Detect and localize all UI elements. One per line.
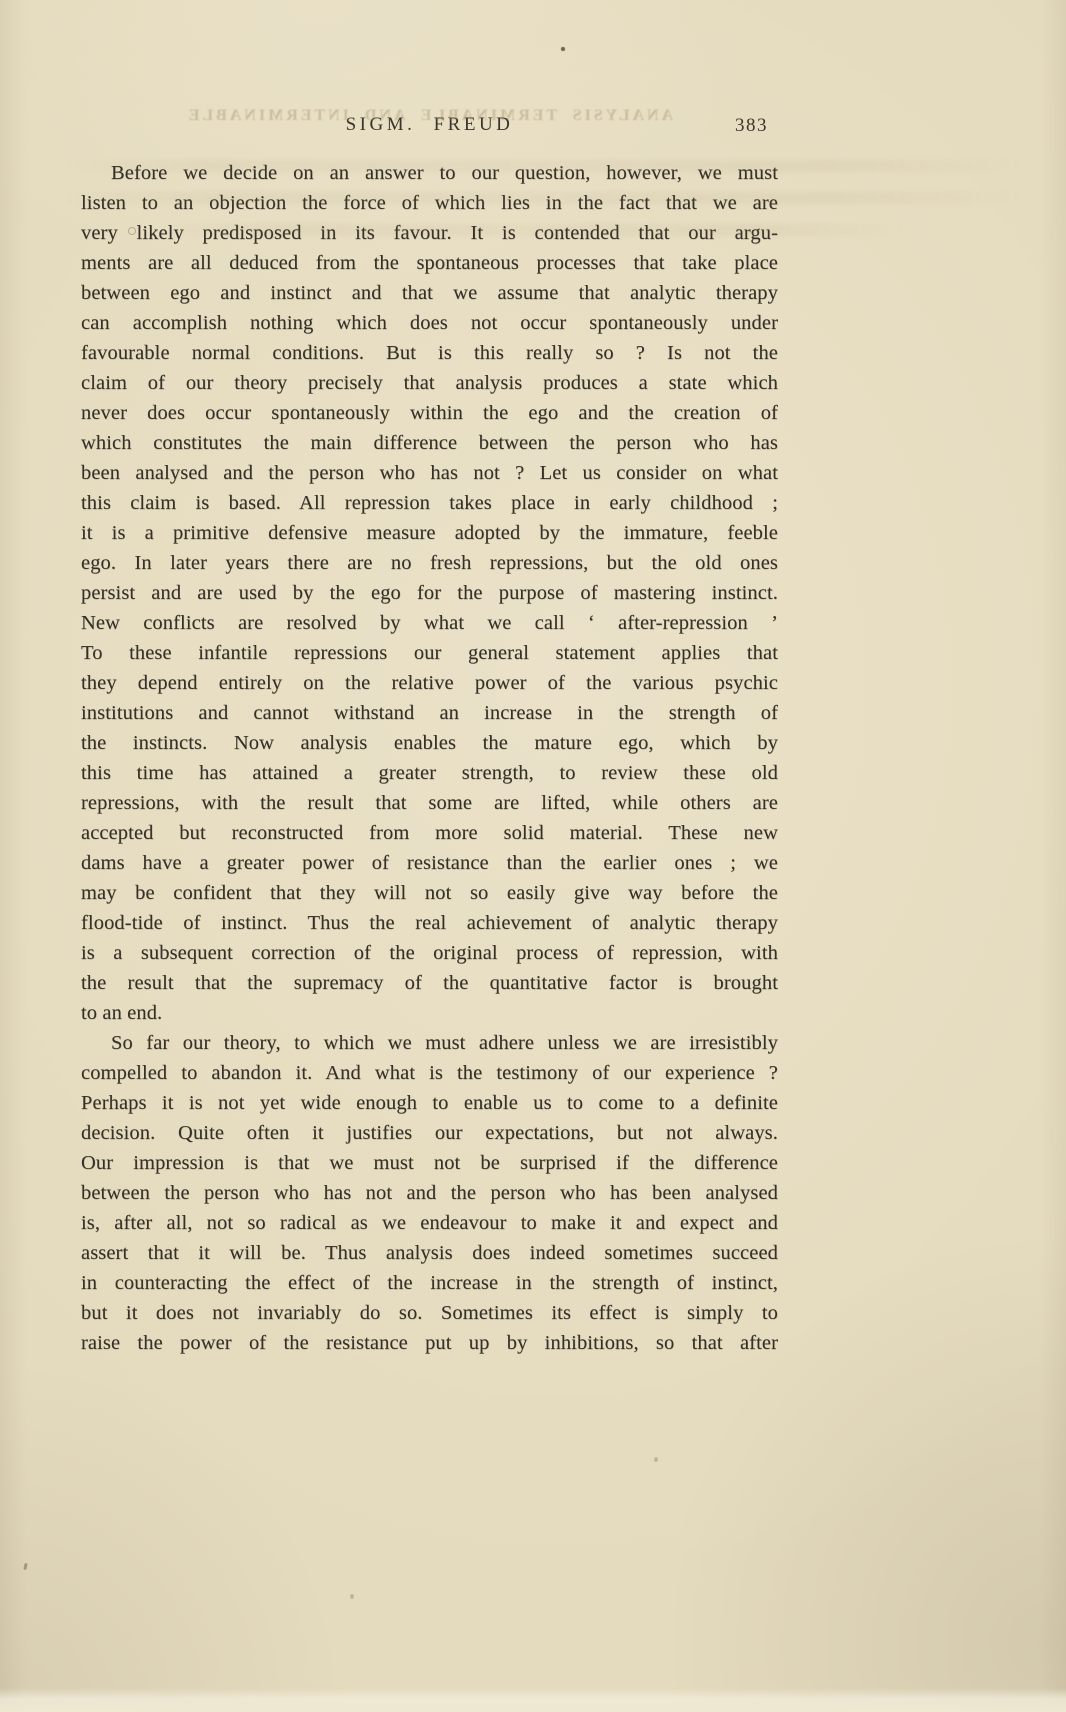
paper-speck [561,47,565,51]
book-page: ANALYSIS TERMINABLE AND INTERMINABLE SIG… [0,0,1066,1712]
text-line: To these infantile repressions our gener… [81,638,778,668]
text-line: but it does not invariably do so. Someti… [81,1298,778,1328]
text-line: flood-tide of instinct. Thus the real ac… [81,908,778,938]
paragraph: So far our theory, to which we must adhe… [81,1028,778,1358]
text-line: they depend entirely on the relative pow… [81,668,778,698]
page-header: ANALYSIS TERMINABLE AND INTERMINABLE SIG… [81,112,778,158]
text-line: between ego and instinct and that we ass… [81,278,778,308]
text-line: favourable normal conditions. But is thi… [81,338,778,368]
text-line: the instincts. Now analysis enables the … [81,728,778,758]
page-number: 383 [735,115,768,137]
text-line: very likely predisposed in its favour. I… [81,218,778,248]
text-line: it is a primitive defensive measure adop… [81,518,778,548]
text-line: this time has attained a greater strengt… [81,758,778,788]
paragraph: Before we decide on an answer to our que… [81,158,778,1028]
text-line: this claim is based. All repression take… [81,488,778,518]
text-line: is a subsequent correction of the origin… [81,938,778,968]
text-line: persist and are used by the ego for the … [81,578,778,608]
text-line: repressions, with the result that some a… [81,788,778,818]
text-line: listen to an objection the force of whic… [81,188,778,218]
text-line: to an end. [81,998,778,1028]
paper-speck [23,1563,27,1570]
text-block-container: ANALYSIS TERMINABLE AND INTERMINABLE SIG… [81,112,778,1358]
text-line: Our impression is that we must not be su… [81,1148,778,1178]
text-line: decision. Quite often it justifies our e… [81,1118,778,1148]
text-line: may be confident that they will not so e… [81,878,778,908]
text-line: institutions and cannot withstand an inc… [81,698,778,728]
text-line: Perhaps it is not yet wide enough to ena… [81,1088,778,1118]
text-line: is, after all, not so radical as we ende… [81,1208,778,1238]
paper-speck [654,1457,658,1462]
text-line: in counteracting the effect of the incre… [81,1268,778,1298]
text-line: can accomplish nothing which does not oc… [81,308,778,338]
text-line: ments are all deduced from the spontaneo… [81,248,778,278]
text-line: dams have a greater power of resistance … [81,848,778,878]
text-line: Before we decide on an answer to our que… [81,158,778,188]
text-line: which constitutes the main difference be… [81,428,778,458]
paper-speck [350,1594,354,1599]
text-line: New conflicts are resolved by what we ca… [81,608,778,638]
text-line: claim of our theory precisely that analy… [81,368,778,398]
text-line: been analysed and the person who has not… [81,458,778,488]
text-block: Before we decide on an answer to our que… [81,158,778,1358]
text-line: ego. In later years there are no fresh r… [81,548,778,578]
text-line: compelled to abandon it. And what is the… [81,1058,778,1088]
text-line: assert that it will be. Thus analysis do… [81,1238,778,1268]
running-head-title: SIGM. FREUD [81,112,778,138]
text-line: accepted but reconstructed from more sol… [81,818,778,848]
scan-edge-strip [0,1688,1066,1712]
text-line: So far our theory, to which we must adhe… [81,1028,778,1058]
text-line: between the person who has not and the p… [81,1178,778,1208]
text-line: raise the power of the resistance put up… [81,1328,778,1358]
text-line: never does occur spontaneously within th… [81,398,778,428]
text-line: the result that the supremacy of the qua… [81,968,778,998]
